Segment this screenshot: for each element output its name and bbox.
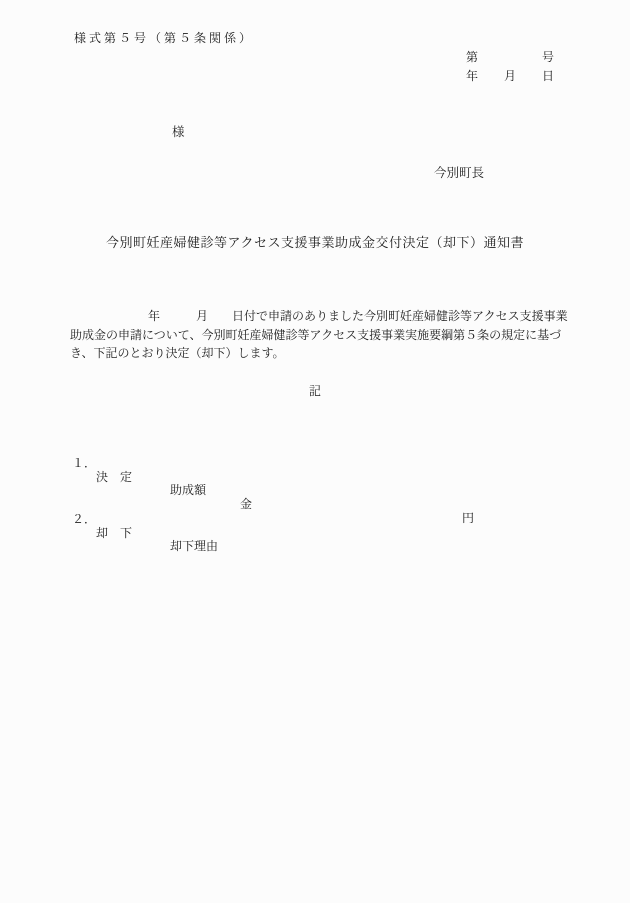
record-marker: 記 (0, 385, 630, 399)
decision-item-row: １． 決 定 助成額 金 円 (0, 443, 630, 459)
rejection-item-title: 却 下 (96, 527, 132, 541)
rejection-reason-field-label: 却下理由 (170, 540, 218, 554)
document-number-line: 第 号 (466, 51, 554, 65)
body-paragraph-line-1: 年 月 日付で申請のありました今別町妊産婦健診等アクセス支援事業 (148, 310, 568, 324)
decision-item-number: １． (72, 457, 96, 471)
document-number-prefix: 第 (466, 51, 478, 65)
addressee-honorific: 様 (172, 125, 185, 139)
body-paragraph-line-2: 助成金の申請について、今別町妊産婦健診等アクセス支援事業実施要綱第５条の規定に基… (70, 329, 561, 343)
decision-amount-field-label: 助成額 (170, 484, 206, 498)
document-title: 今別町妊産婦健診等アクセス支援事業助成金交付決定（却下）通知書 (0, 236, 630, 251)
body-paragraph-line-3: き、下記のとおり決定（却下）します。 (70, 347, 285, 361)
date-month-label: 月 (504, 70, 516, 84)
decision-item-title: 決 定 (96, 471, 132, 485)
document-number-suffix: 号 (542, 51, 554, 65)
rejection-item-row: ２． 却 下 却下理由 (0, 499, 630, 515)
sender-title: 今別町長 (434, 166, 484, 180)
document-page: 様式第５号（第５条関係） 第 号 年 月 日 様 今別町長 今別町妊産婦健診等ア… (0, 0, 630, 903)
rejection-item-number: ２． (72, 513, 96, 527)
date-day-label: 日 (542, 70, 554, 84)
form-number-label: 様式第５号（第５条関係） (74, 32, 254, 46)
date-line: 年 月 日 (466, 70, 554, 84)
date-year-label: 年 (466, 70, 478, 84)
